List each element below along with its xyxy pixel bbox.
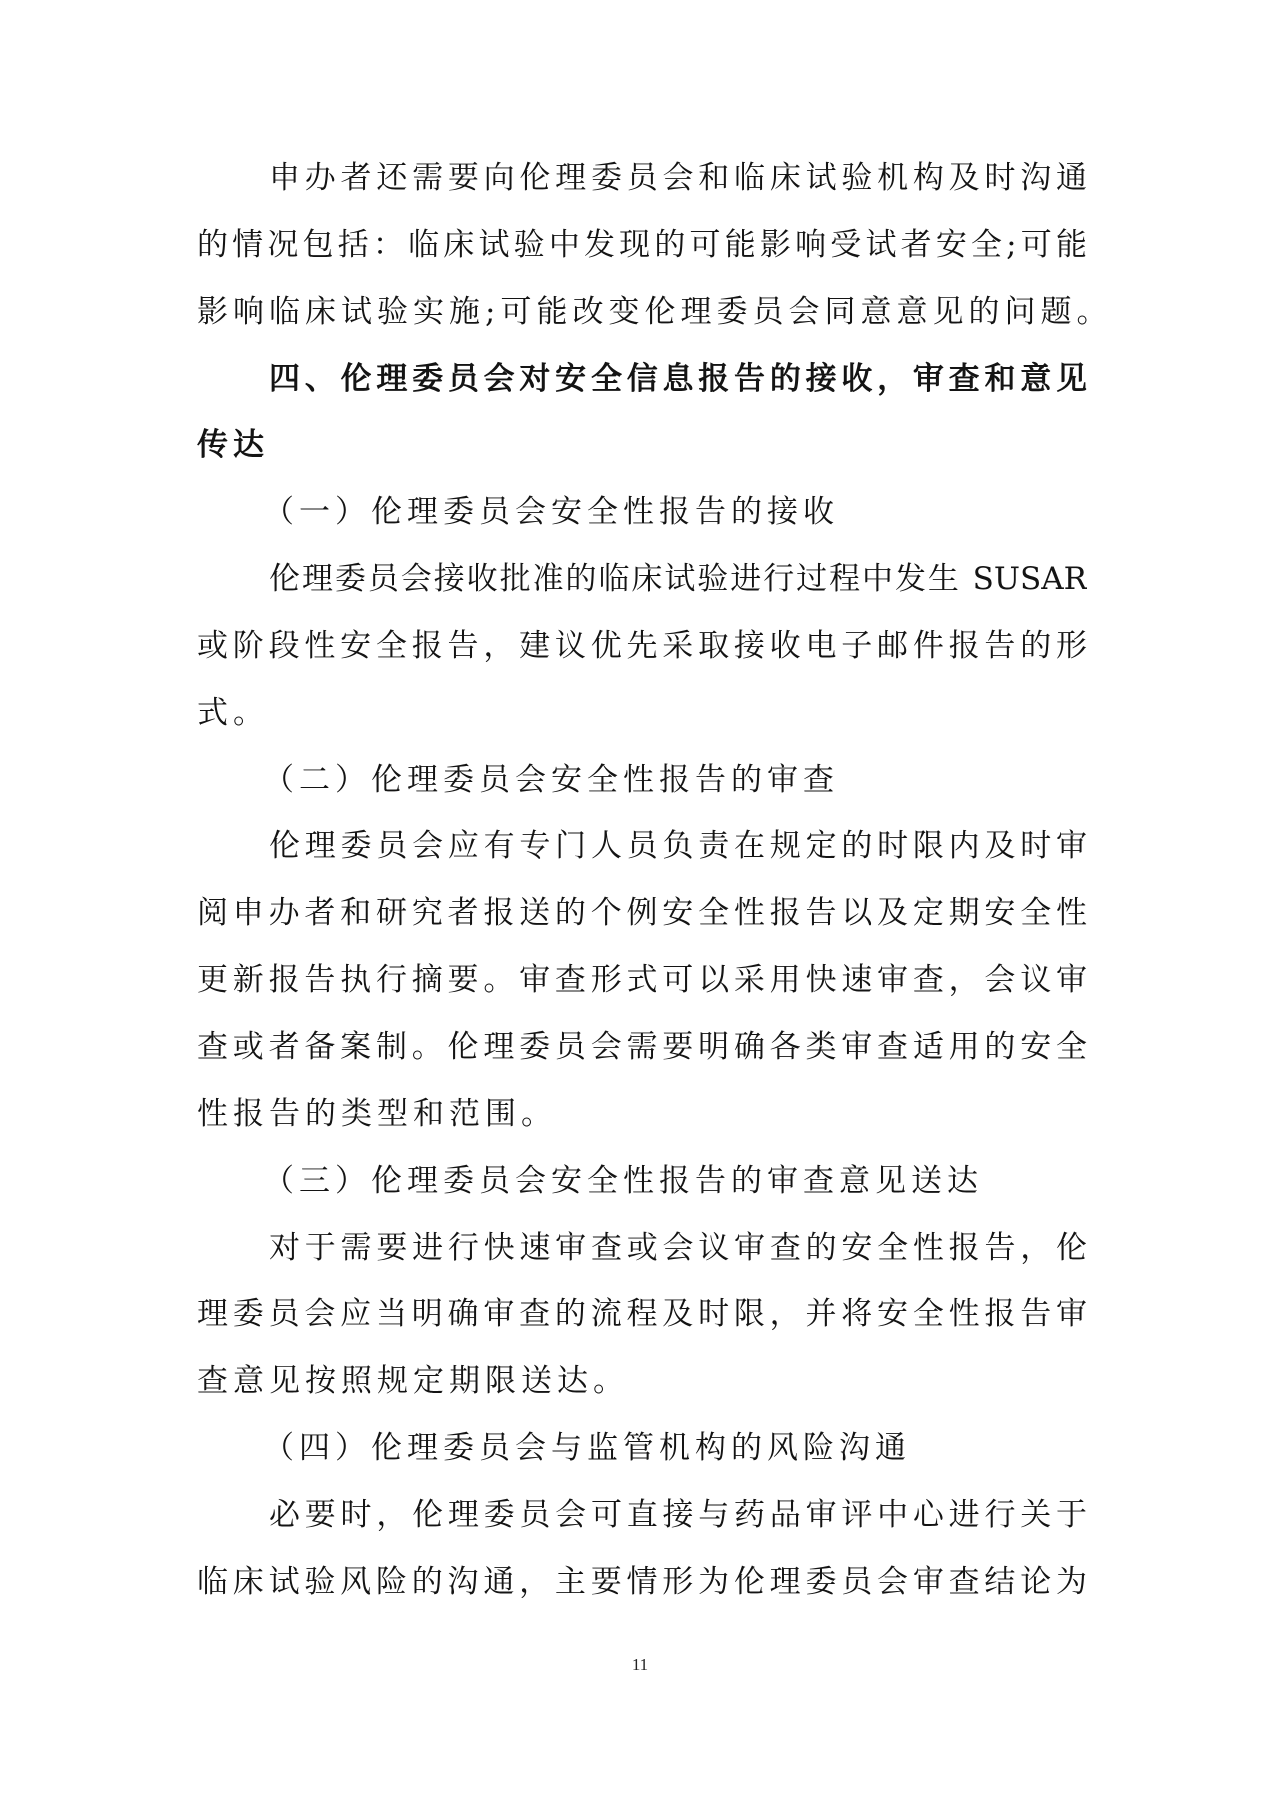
body-line: 性报告的类型和范围。 (197, 1091, 1087, 1158)
subheading-4: （四）伦理委员会与监管机构的风险沟通 (197, 1425, 1087, 1492)
body-line: 查意见按照规定期限送达。 (197, 1358, 1087, 1425)
document-page: 申办者还需要向伦理委员会和临床试验机构及时沟通 的情况包括：临床试验中发现的可能… (0, 0, 1280, 1810)
body-line: 伦理委员会接收批准的临床试验进行过程中发生 SUSAR (197, 556, 1087, 623)
body-line: 伦理委员会应有专门人员负责在规定的时限内及时审 (197, 823, 1087, 890)
subheading-3: （三）伦理委员会安全性报告的审查意见送达 (197, 1158, 1087, 1225)
body-line: 查或者备案制。伦理委员会需要明确各类审查适用的安全 (197, 1024, 1087, 1091)
body-line: 阅申办者和研究者报送的个例安全性报告以及定期安全性 (197, 890, 1087, 957)
page-number: 11 (0, 1655, 1280, 1675)
body-line: 理委员会应当明确审查的流程及时限，并将安全性报告审 (197, 1291, 1087, 1358)
section-heading: 传达 (197, 422, 1087, 489)
body-line: 式。 (197, 690, 1087, 757)
body-line: 影响临床试验实施;可能改变伦理委员会同意意见的问题。 (197, 289, 1087, 356)
page-body: 申办者还需要向伦理委员会和临床试验机构及时沟通 的情况包括：临床试验中发现的可能… (197, 155, 1087, 1626)
body-line: 对于需要进行快速审查或会议审查的安全性报告，伦 (197, 1225, 1087, 1292)
body-line: 临床试验风险的沟通，主要情形为伦理委员会审查结论为 (197, 1559, 1087, 1626)
subheading-2: （二）伦理委员会安全性报告的审查 (197, 757, 1087, 824)
body-line: 更新报告执行摘要。审查形式可以采用快速审查，会议审 (197, 957, 1087, 1024)
subheading-1: （一）伦理委员会安全性报告的接收 (197, 489, 1087, 556)
section-heading: 四、伦理委员会对安全信息报告的接收，审查和意见 (197, 356, 1087, 423)
body-line: 必要时，伦理委员会可直接与药品审评中心进行关于 (197, 1492, 1087, 1559)
body-line: 或阶段性安全报告，建议优先采取接收电子邮件报告的形 (197, 623, 1087, 690)
body-line: 申办者还需要向伦理委员会和临床试验机构及时沟通 (197, 155, 1087, 222)
body-line: 的情况包括：临床试验中发现的可能影响受试者安全;可能 (197, 222, 1087, 289)
